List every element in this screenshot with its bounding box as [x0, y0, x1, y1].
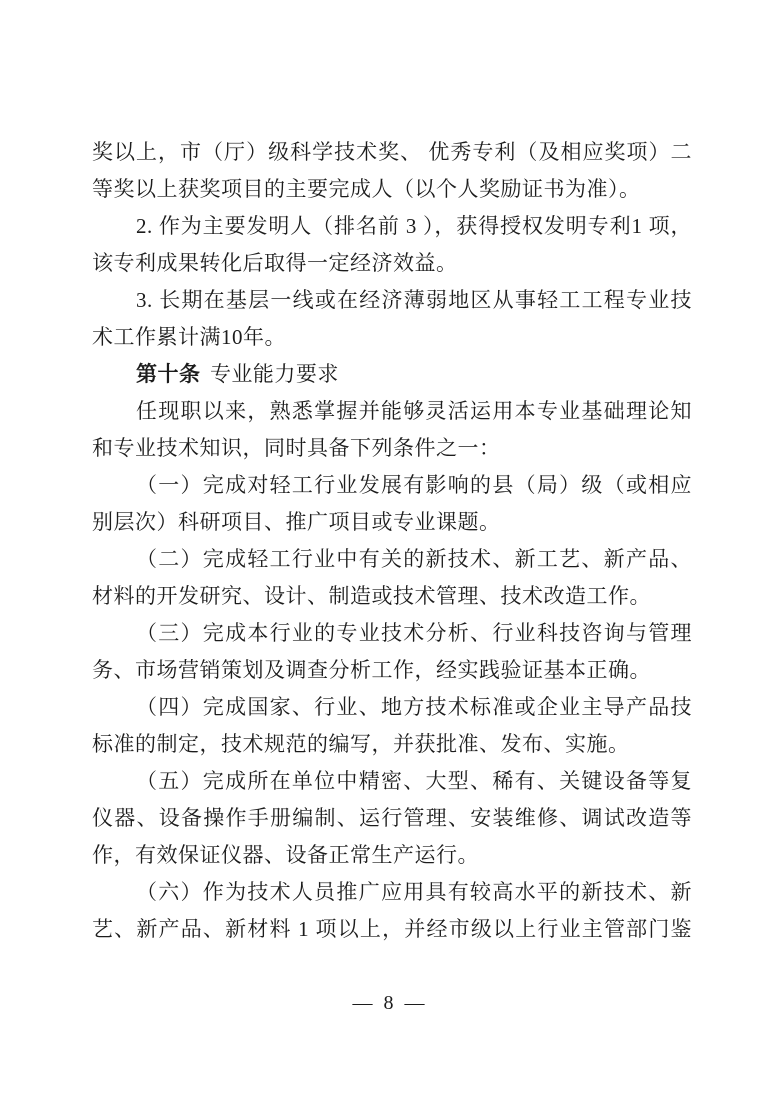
document-body: 奖以上，市（厅）级科学技术奖、 优秀专利（及相应奖项）二 等奖以上获奖项目的主要… — [92, 134, 692, 948]
document-line: 别层次）科研项目、推广项目或专业课题。 — [92, 504, 692, 541]
article-title: 专业能力要求 — [210, 362, 339, 386]
page-number: — 8 — — [0, 988, 777, 1018]
document-line: （六）作为技术人员推广应用具有较高水平的新技术、新工 — [92, 874, 692, 911]
document-line: 等奖以上获奖项目的主要完成人（以个人奖励证书为准）。 — [92, 171, 692, 208]
document-line: （二）完成轻工行业中有关的新技术、新工艺、新产品、新 — [92, 541, 692, 578]
document-line: 作，有效保证仪器、设备正常生产运行。 — [92, 837, 692, 874]
document-line: 仪器、设备操作手册编制、运行管理、安装维修、调试改造等工 — [92, 800, 692, 837]
document-line: 任现职以来，熟悉掌握并能够灵活运用本专业基础理论知识 — [92, 393, 692, 430]
document-line: 艺、新产品、新材料 1 项以上，并经市级以上行业主管部门鉴 — [92, 911, 692, 948]
document-line: 该专利成果转化后取得一定经济效益。 — [92, 245, 692, 282]
document-line: 材料的开发研究、设计、制造或技术管理、技术改造工作。 — [92, 578, 692, 615]
document-line: （三）完成本行业的专业技术分析、行业科技咨询与管理服 — [92, 615, 692, 652]
article-number-label: 第十条 — [136, 362, 201, 386]
document-line: 和专业技术知识，同时具备下列条件之一： — [92, 430, 692, 467]
article-heading-line: 第十条专业能力要求 — [92, 356, 692, 393]
document-line: 3. 长期在基层一线或在经济薄弱地区从事轻工工程专业技 — [92, 282, 692, 319]
document-line: 务、市场营销策划及调查分析工作，经实践验证基本正确。 — [92, 652, 692, 689]
document-line: （五）完成所在单位中精密、大型、稀有、关键设备等复杂 — [92, 763, 692, 800]
document-line: 标准的制定，技术规范的编写，并获批准、发布、实施。 — [92, 726, 692, 763]
document-line: 术工作累计满10年。 — [92, 319, 692, 356]
document-line: 2. 作为主要发明人（排名前 3 ），获得授权发明专利1 项， — [92, 208, 692, 245]
document-line: （四）完成国家、行业、地方技术标准或企业主导产品技术 — [92, 689, 692, 726]
document-line: 奖以上，市（厅）级科学技术奖、 优秀专利（及相应奖项）二 — [92, 134, 692, 171]
document-line: （一）完成对轻工行业发展有影响的县（局）级（或相应级 — [92, 467, 692, 504]
document-page: 奖以上，市（厅）级科学技术奖、 优秀专利（及相应奖项）二 等奖以上获奖项目的主要… — [0, 0, 777, 1099]
